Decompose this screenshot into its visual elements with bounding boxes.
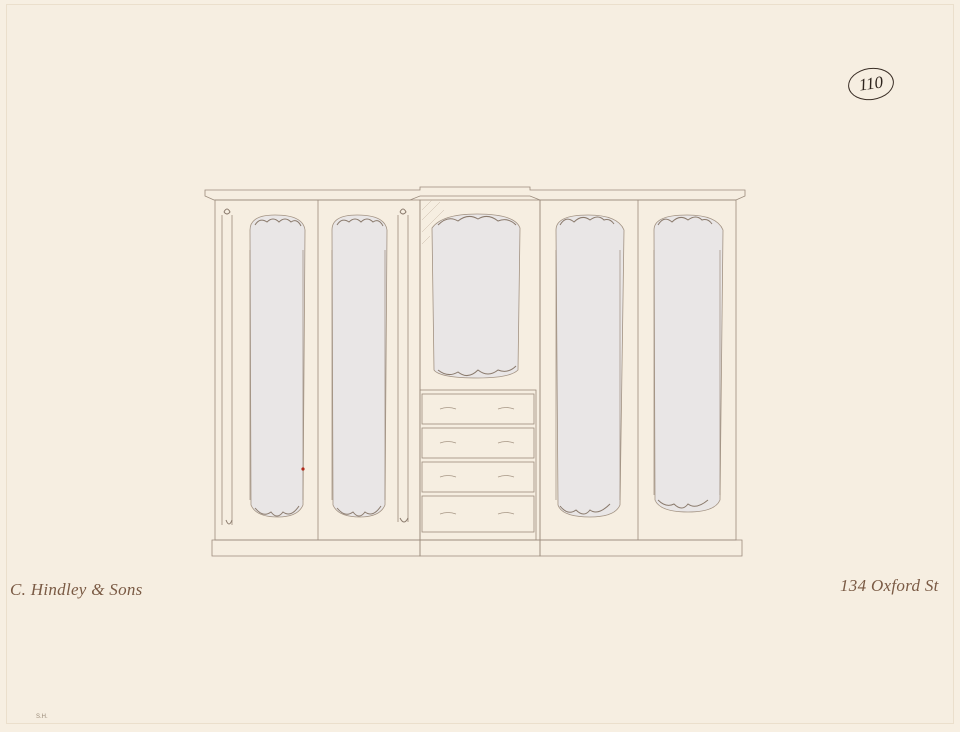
address-inscription: 134 Oxford St xyxy=(840,576,939,596)
wardrobe-drawing xyxy=(0,0,960,732)
corner-mark: S.H. xyxy=(36,714,48,720)
maker-inscription: C. Hindley & Sons xyxy=(10,580,143,600)
